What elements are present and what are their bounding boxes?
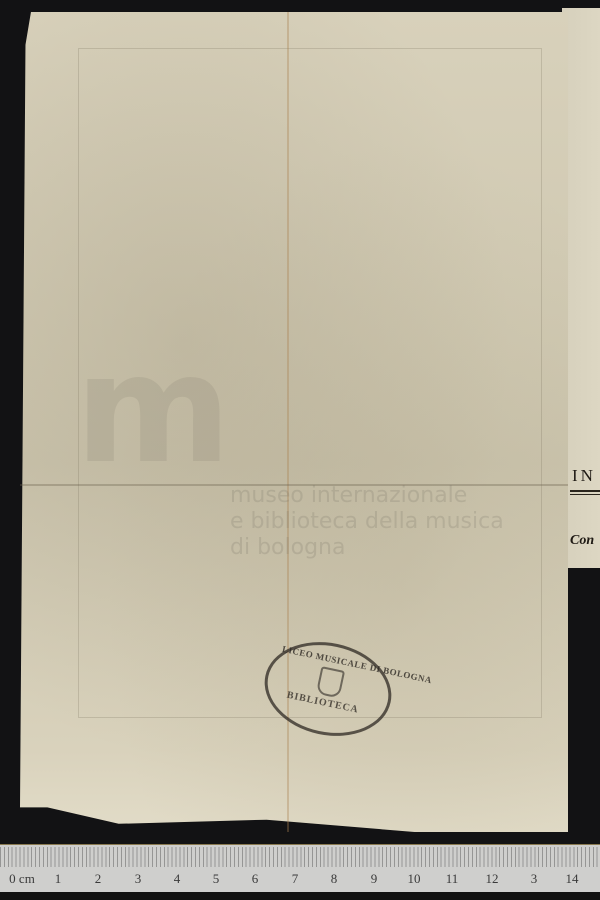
ruler-label: 12: [486, 871, 499, 887]
watermark-logo: m: [75, 335, 231, 485]
ruler-label: 9: [371, 871, 378, 887]
ruler-label: 1: [55, 871, 62, 887]
ruler-label: 2: [95, 871, 102, 887]
adjacent-heading: IN: [572, 466, 596, 486]
ruler-label: 0 cm: [9, 871, 35, 887]
ruler-label: 11: [446, 871, 459, 887]
watermark-text: museo internazionale e biblioteca della …: [230, 483, 504, 561]
adjacent-text: Con: [570, 533, 594, 549]
background-strip: [0, 892, 600, 900]
divider: [570, 494, 600, 495]
ruler-label: 3: [135, 871, 142, 887]
crest-icon: [316, 666, 345, 698]
ruler-ticks: [0, 847, 600, 867]
ruler-label: 6: [252, 871, 259, 887]
ruler-label: 3: [531, 871, 538, 887]
ruler-label: 5: [213, 871, 220, 887]
ruler-label: 4: [174, 871, 181, 887]
watermark-line: museo internazionale: [230, 483, 504, 509]
ruler-label: 8: [331, 871, 338, 887]
ruler-label: 10: [408, 871, 421, 887]
watermark-line: e biblioteca della musica: [230, 509, 504, 535]
ruler-label: 7: [292, 871, 299, 887]
ruler-label: 14: [566, 871, 579, 887]
watermark-line: di bologna: [230, 535, 504, 561]
divider: [570, 490, 600, 492]
measurement-ruler: 0 cm 1 2 3 4 5 6 7 8 9 10 11 12 3 14: [0, 844, 600, 893]
